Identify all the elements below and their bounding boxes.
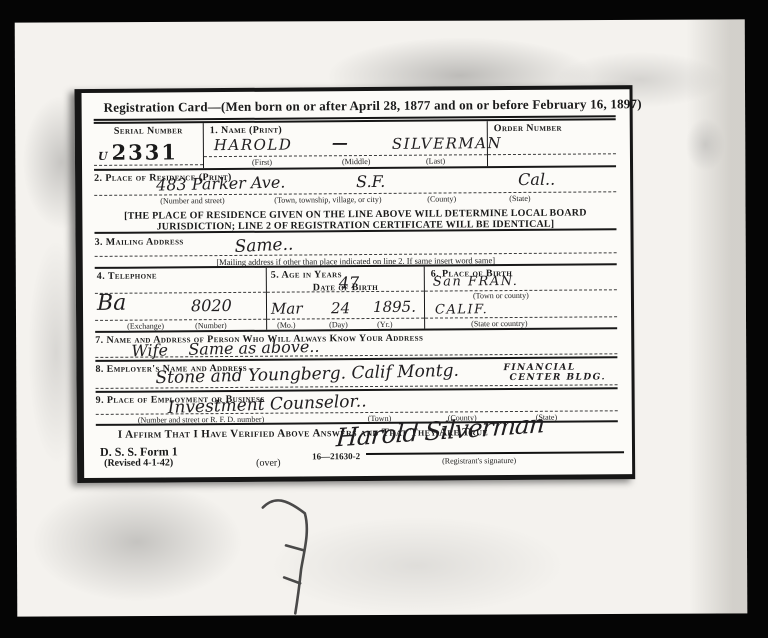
order-write-line [488,153,616,155]
telephone-line-2 [95,319,266,321]
photostat-paper: Registration Card—(Men born on or after … [15,19,748,616]
residence-state: Cal.. [518,170,555,189]
name-first: HAROLD [214,136,293,155]
employer-extra-line2: CENTER BLDG. [509,372,606,383]
dob-sub-month: (Mo.) [277,321,296,330]
order-number-label: Order Number [494,122,610,134]
mailing-value: Same.. [234,235,294,257]
dob-sub-year: (Yr.) [377,320,392,329]
name-last: SILVERMAN [392,134,502,153]
age-cell: 5. Age in Years 47 Date of Birth Mar 24 … [267,267,425,330]
serial-write-line [94,164,203,166]
row-employer: 8. Employer's Name and Address Stone and… [95,358,617,393]
row-contact: 7. Name and Address of Person Who Will A… [95,329,617,362]
telephone-number: 8020 [191,296,232,315]
print-code: 16—21630-2 [312,451,360,461]
residence-sub-county: (County) [427,194,456,203]
telephone-sub-exchange: (Exchange) [127,321,164,330]
registration-card: Registration Card—(Men born on or after … [74,85,635,483]
birthplace-sub-town: (Town or county) [473,291,529,300]
residence-street: 483 Parker Ave. [156,172,286,194]
employer-extra-line1: FINANCIAL [503,363,575,374]
telephone-cell: 4. Telephone Ba 8020 (Exchange) (Number) [95,268,267,331]
serial-prefix: U [98,150,108,163]
telephone-sub-number: (Number) [195,321,227,330]
birthplace-cell: 6. Place of Birth San FRAN. (Town or cou… [425,265,617,328]
order-number-cell: Order Number [488,120,616,166]
telephone-label: 4. Telephone [95,268,266,282]
row-mailing: 3. Mailing Address Same.. [Mailing addre… [94,230,616,269]
residence-sub-state: (State) [509,194,530,203]
dob-year: 1895. [373,298,416,316]
birthplace-town: San FRAN. [433,274,519,290]
telephone-exchange: Ba [97,291,126,316]
serial-number-value: U 2331 [98,139,178,165]
card-title: Registration Card—(Men born on or after … [94,95,616,124]
name-sub-first: (First) [252,158,272,167]
row-telephone-age-birth: 4. Telephone Ba 8020 (Exchange) (Number)… [95,265,617,333]
row-serial-name-order: Serial Number U 2331 1. Name (Print) HAR… [94,120,616,171]
age-value: 47 [339,273,359,292]
serial-digits: 2331 [111,139,178,164]
serial-number-cell: Serial Number U 2331 [94,123,204,169]
birthplace-sub-state: (State or country) [471,319,527,328]
name-sub-last: (Last) [426,156,445,165]
residence-city: S.F. [356,172,385,191]
mailing-label: 3. Mailing Address [94,230,616,248]
residence-sub-city: (Town, township, village, or city) [274,195,381,205]
signature-sub-label: (Registrant's signature) [442,456,516,466]
scanned-photo-frame: Registration Card—(Men born on or after … [0,0,768,638]
card-inner: Registration Card—(Men born on or after … [82,89,633,478]
signature-line [366,451,624,455]
over-note: (over) [256,458,281,469]
name-sub-middle: (Middle) [342,157,370,166]
row-residence: 2. Place of Residence (Print) 483 Parker… [94,167,616,234]
dob-sub-day: (Day) [329,320,348,329]
business-sub-street: (Number and street or R. F. D. number) [138,415,265,425]
serial-number-label: Serial Number [98,125,199,137]
dob-month: Mar [271,299,303,317]
name-middle: — [332,133,348,152]
residence-sub-street: (Number and street) [160,196,224,205]
dob-day: 24 [331,299,350,317]
birthplace-state: CALIF. [435,302,488,317]
name-cell: 1. Name (Print) HAROLD — SILVERMAN (Firs… [204,121,488,168]
scribble-mark [255,489,336,624]
form-revised: (Revised 4-1-42) [104,457,173,468]
